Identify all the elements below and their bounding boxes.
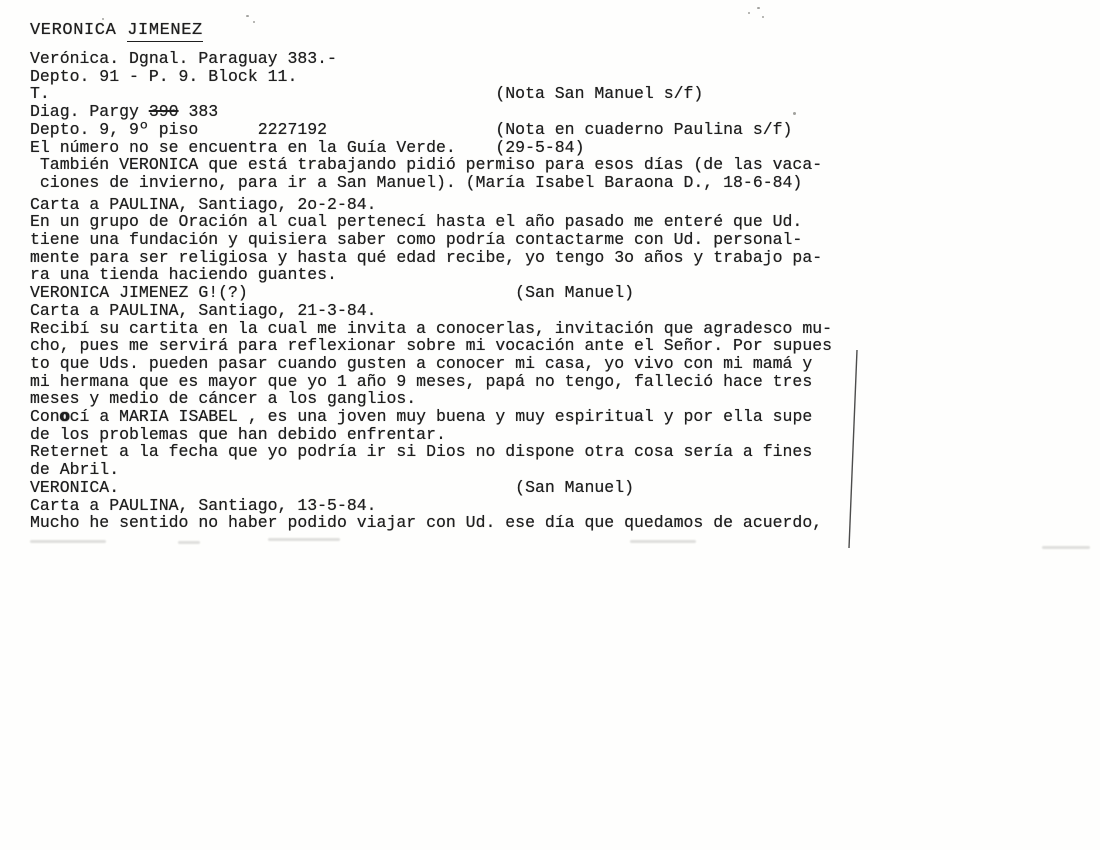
line-text: cí a MARIA ISABEL , es una joven muy bue… [70, 407, 813, 426]
line-text: meses y medio de cáncer a los ganglios. [30, 389, 416, 408]
document-line: VERONICA. (San Manuel) [30, 479, 832, 497]
document-line: También VERONICA que está trabajando pid… [30, 156, 832, 174]
overstrike-text: o [60, 407, 70, 426]
line-text: cho, pues me servirá para reflexionar so… [30, 336, 832, 355]
document-line: ra una tienda haciendo guantes. [30, 266, 832, 284]
line-text: T. (Nota San Manuel s/f) [30, 84, 703, 103]
ink-smudge [1042, 546, 1090, 549]
document-lines: Verónica. Dgnal. Paraguay 383.-Depto. 91… [30, 50, 832, 532]
document-line: Mucho he sentido no haber podido viajar … [30, 514, 832, 532]
line-text: to que Uds. pueden pasar cuando gusten a… [30, 354, 812, 373]
document-line: Diag. Pargy 390 383 [30, 103, 832, 121]
document-line: Reternet a la fecha que yo podría ir si … [30, 443, 832, 461]
line-text: El número no se encuentra en la Guía Ver… [30, 138, 585, 157]
line-text: mente para ser religiosa y hasta qué eda… [30, 248, 822, 267]
line-text: Diag. Pargy [30, 102, 149, 121]
line-text: VERONICA JIMENEZ G!(?) (San Manuel) [30, 283, 634, 302]
line-text: Carta a PAULINA, Santiago, 2o-2-84. [30, 195, 377, 214]
scan-speckle [762, 16, 764, 18]
document-line: ciones de invierno, para ir a San Manuel… [30, 174, 832, 192]
document-line: Recibí su cartita en la cual me invita a… [30, 320, 832, 338]
document-line: En un grupo de Oración al cual pertenecí… [30, 213, 832, 231]
strike-text: 390 [149, 102, 179, 121]
document-line: Carta a PAULINA, Santiago, 21-3-84. [30, 302, 832, 320]
document-line: Depto. 91 - P. 9. Block 11. [30, 68, 832, 86]
scan-speckle [102, 18, 104, 20]
ink-smudge [630, 540, 696, 543]
line-text: de los problemas que han debido enfrenta… [30, 425, 446, 444]
document-line: mente para ser religiosa y hasta qué eda… [30, 249, 832, 267]
document-line: meses y medio de cáncer a los ganglios. [30, 390, 832, 408]
line-text: Con [30, 407, 60, 426]
document-line: Conocí a MARIA ISABEL , es una joven muy… [30, 408, 832, 426]
document-line: tiene una fundación y quisiera saber com… [30, 231, 832, 249]
document-line: Carta a PAULINA, Santiago, 2o-2-84. [30, 196, 832, 214]
ink-smudge [30, 540, 106, 543]
scanned-document-page: { "colors": { "ink": "#1f1f1f", "paper":… [0, 0, 1100, 850]
line-text: Verónica. Dgnal. Paraguay 383.- [30, 49, 337, 68]
line-text: Depto. 91 - P. 9. Block 11. [30, 67, 297, 86]
title-surname-underlined: JIMENEZ [127, 21, 203, 42]
document-line: cho, pues me servirá para reflexionar so… [30, 337, 832, 355]
document-line: de Abril. [30, 461, 832, 479]
document-line: to que Uds. pueden pasar cuando gusten a… [30, 355, 832, 373]
line-text: También VERONICA que está trabajando pid… [30, 155, 822, 174]
document-body: VERONICA JIMENEZ Verónica. Dgnal. Paragu… [30, 21, 832, 532]
line-text: tiene una fundación y quisiera saber com… [30, 230, 802, 249]
document-line: Verónica. Dgnal. Paraguay 383.- [30, 50, 832, 68]
line-text: ciones de invierno, para ir a San Manuel… [30, 173, 802, 192]
line-text: Carta a PAULINA, Santiago, 13-5-84. [30, 496, 377, 515]
scan-speckle [748, 12, 750, 14]
ink-smudge [268, 538, 340, 541]
line-text: Mucho he sentido no haber podido viajar … [30, 513, 822, 532]
line-text: de Abril. [30, 460, 119, 479]
line-text: mi hermana que es mayor que yo 1 año 9 m… [30, 372, 812, 391]
line-text: Recibí su cartita en la cual me invita a… [30, 319, 832, 338]
document-line: Depto. 9, 9º piso 2227192 (Nota en cuade… [30, 121, 832, 139]
line-text: VERONICA. (San Manuel) [30, 478, 634, 497]
line-text: ra una tienda haciendo guantes. [30, 265, 337, 284]
scan-speckle [793, 112, 796, 115]
title-first-name: VERONICA [30, 21, 127, 40]
ink-smudge [178, 541, 200, 544]
scan-speckle [246, 15, 249, 17]
document-line: T. (Nota San Manuel s/f) [30, 85, 832, 103]
line-text: 383 [179, 102, 219, 121]
line-text: En un grupo de Oración al cual pertenecí… [30, 212, 802, 231]
document-line: El número no se encuentra en la Guía Ver… [30, 139, 832, 157]
scan-speckle [253, 21, 255, 23]
document-line: VERONICA JIMENEZ G!(?) (San Manuel) [30, 284, 832, 302]
document-line: mi hermana que es mayor que yo 1 año 9 m… [30, 373, 832, 391]
scan-speckle [757, 7, 760, 9]
document-line: de los problemas que han debido enfrenta… [30, 426, 832, 444]
line-text: Reternet a la fecha que yo podría ir si … [30, 442, 812, 461]
line-text: Depto. 9, 9º piso 2227192 (Nota en cuade… [30, 120, 792, 139]
document-line: Carta a PAULINA, Santiago, 13-5-84. [30, 497, 832, 515]
line-text: Carta a PAULINA, Santiago, 21-3-84. [30, 301, 377, 320]
document-title: VERONICA JIMENEZ [30, 21, 832, 41]
